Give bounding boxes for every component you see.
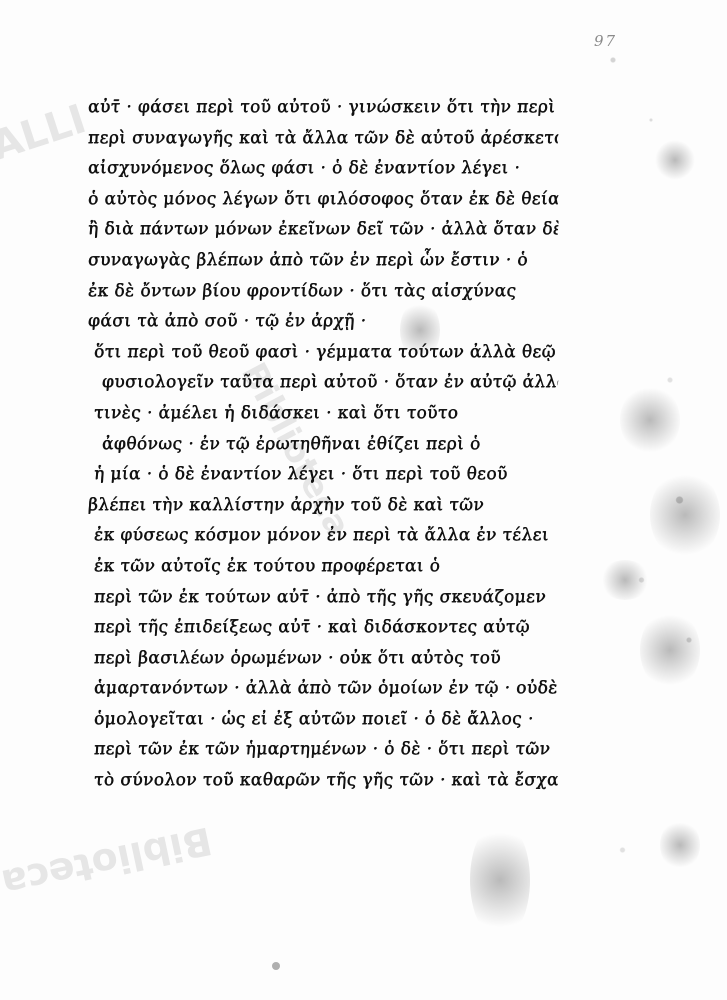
scan-speckle xyxy=(600,560,650,600)
manuscript-line: ἀφθόνως · ἐν τῷ ἐρωτηθῆναι ἐθίζει περὶ ὁ xyxy=(87,429,559,460)
manuscript-text: αὐτ̄ · φάσει περὶ τοῦ αὐτοῦ · γινώσκειν … xyxy=(88,92,558,796)
manuscript-line: ἡ μία · ὁ δὲ ἐναντίον λέγει · ὅτι περὶ τ… xyxy=(87,459,559,490)
manuscript-line: φυσιολογεῖν ταῦτα περὶ αὐτοῦ · ὅταν ἐν α… xyxy=(87,367,559,398)
ink-blot xyxy=(272,962,280,970)
manuscript-line: ἁμαρτανόντων · ἀλλὰ ἀπὸ τῶν ὁμοίων ἐν τῷ… xyxy=(87,673,559,704)
manuscript-line: περὶ τῶν ἐκ τούτων αὐτ̄ · ἀπὸ τῆς γῆς σκ… xyxy=(87,582,559,613)
manuscript-line: ὁ αὐτὸς μόνος λέγων ὅτι φιλόσοφος ὅταν ἐ… xyxy=(87,184,559,215)
manuscript-line: τὸ σύνολον τοῦ καθαρῶν τῆς γῆς τῶν · καὶ… xyxy=(87,765,559,796)
manuscript-line: ἐκ φύσεως κόσμον μόνον ἐν περὶ τὰ ἄλλα ἐ… xyxy=(87,520,559,551)
scan-speckle xyxy=(660,820,700,870)
manuscript-line: συναγωγὰς βλέπων ἀπὸ τῶν ἐν περὶ ὧν ἔστι… xyxy=(87,245,559,276)
scan-speckle xyxy=(655,140,695,180)
manuscript-line: αἰσχυνόμενος ὅλως φάσι · ὁ δὲ ἐναντίον λ… xyxy=(87,153,559,184)
watermark-bottom: Biblioteca xyxy=(0,818,216,905)
manuscript-line: περὶ τῶν ἐκ τῶν ἡμαρτημένων · ὁ δὲ · ὅτι… xyxy=(87,734,559,765)
scan-speckle xyxy=(650,470,720,560)
manuscript-line: ἐκ δὲ ὄντων βίου φροντίδων · ὅτι τὰς αἰσ… xyxy=(87,276,559,307)
manuscript-page: ALLI Biblioteca Biblioteca 97 αὐτ̄ · φάσ… xyxy=(0,0,727,1000)
folio-number: 97 xyxy=(594,32,617,50)
manuscript-line: ὅτι περὶ τοῦ θεοῦ φασὶ · γέμματα τούτων … xyxy=(87,337,559,368)
manuscript-line: ὁμολογεῖται · ὡς εἰ ἐξ αὐτῶν ποιεῖ · ὁ δ… xyxy=(87,704,559,735)
manuscript-line: αὐτ̄ · φάσει περὶ τοῦ αὐτοῦ · γινώσκειν … xyxy=(87,92,559,123)
manuscript-line: φάσι τὰ ἀπὸ σοῦ · τῷ ἐν ἀρχῇ · xyxy=(87,306,559,337)
scan-speckle xyxy=(640,610,700,690)
manuscript-line: τινὲς · ἀμέλει ἡ διδάσκει · καὶ ὅτι τοῦτ… xyxy=(87,398,559,429)
manuscript-line: ἐκ τῶν αὐτοῖς ἐκ τούτου προφέρεται ὁ xyxy=(87,551,559,582)
manuscript-line: ἢ διὰ πάντων μόνων ἐκεῖνων δεῖ τῶν · ἀλλ… xyxy=(87,214,559,245)
manuscript-line: περὶ βασιλέων ὁρωμένων · οὐκ ὅτι αὐτὸς τ… xyxy=(87,643,559,674)
scan-speckle xyxy=(470,820,530,940)
manuscript-line: περὶ τῆς ἐπιδείξεως αὐτ̄ · καὶ διδάσκοντ… xyxy=(87,612,559,643)
manuscript-line: βλέπει τὴν καλλίστην ἀρχὴν τοῦ δὲ καὶ τῶ… xyxy=(87,490,559,521)
watermark-top: ALLI xyxy=(0,96,92,170)
manuscript-line: περὶ συναγωγῆς καὶ τὰ ἄλλα τῶν δὲ αὐτοῦ … xyxy=(87,123,559,154)
scan-speckle xyxy=(620,385,680,455)
